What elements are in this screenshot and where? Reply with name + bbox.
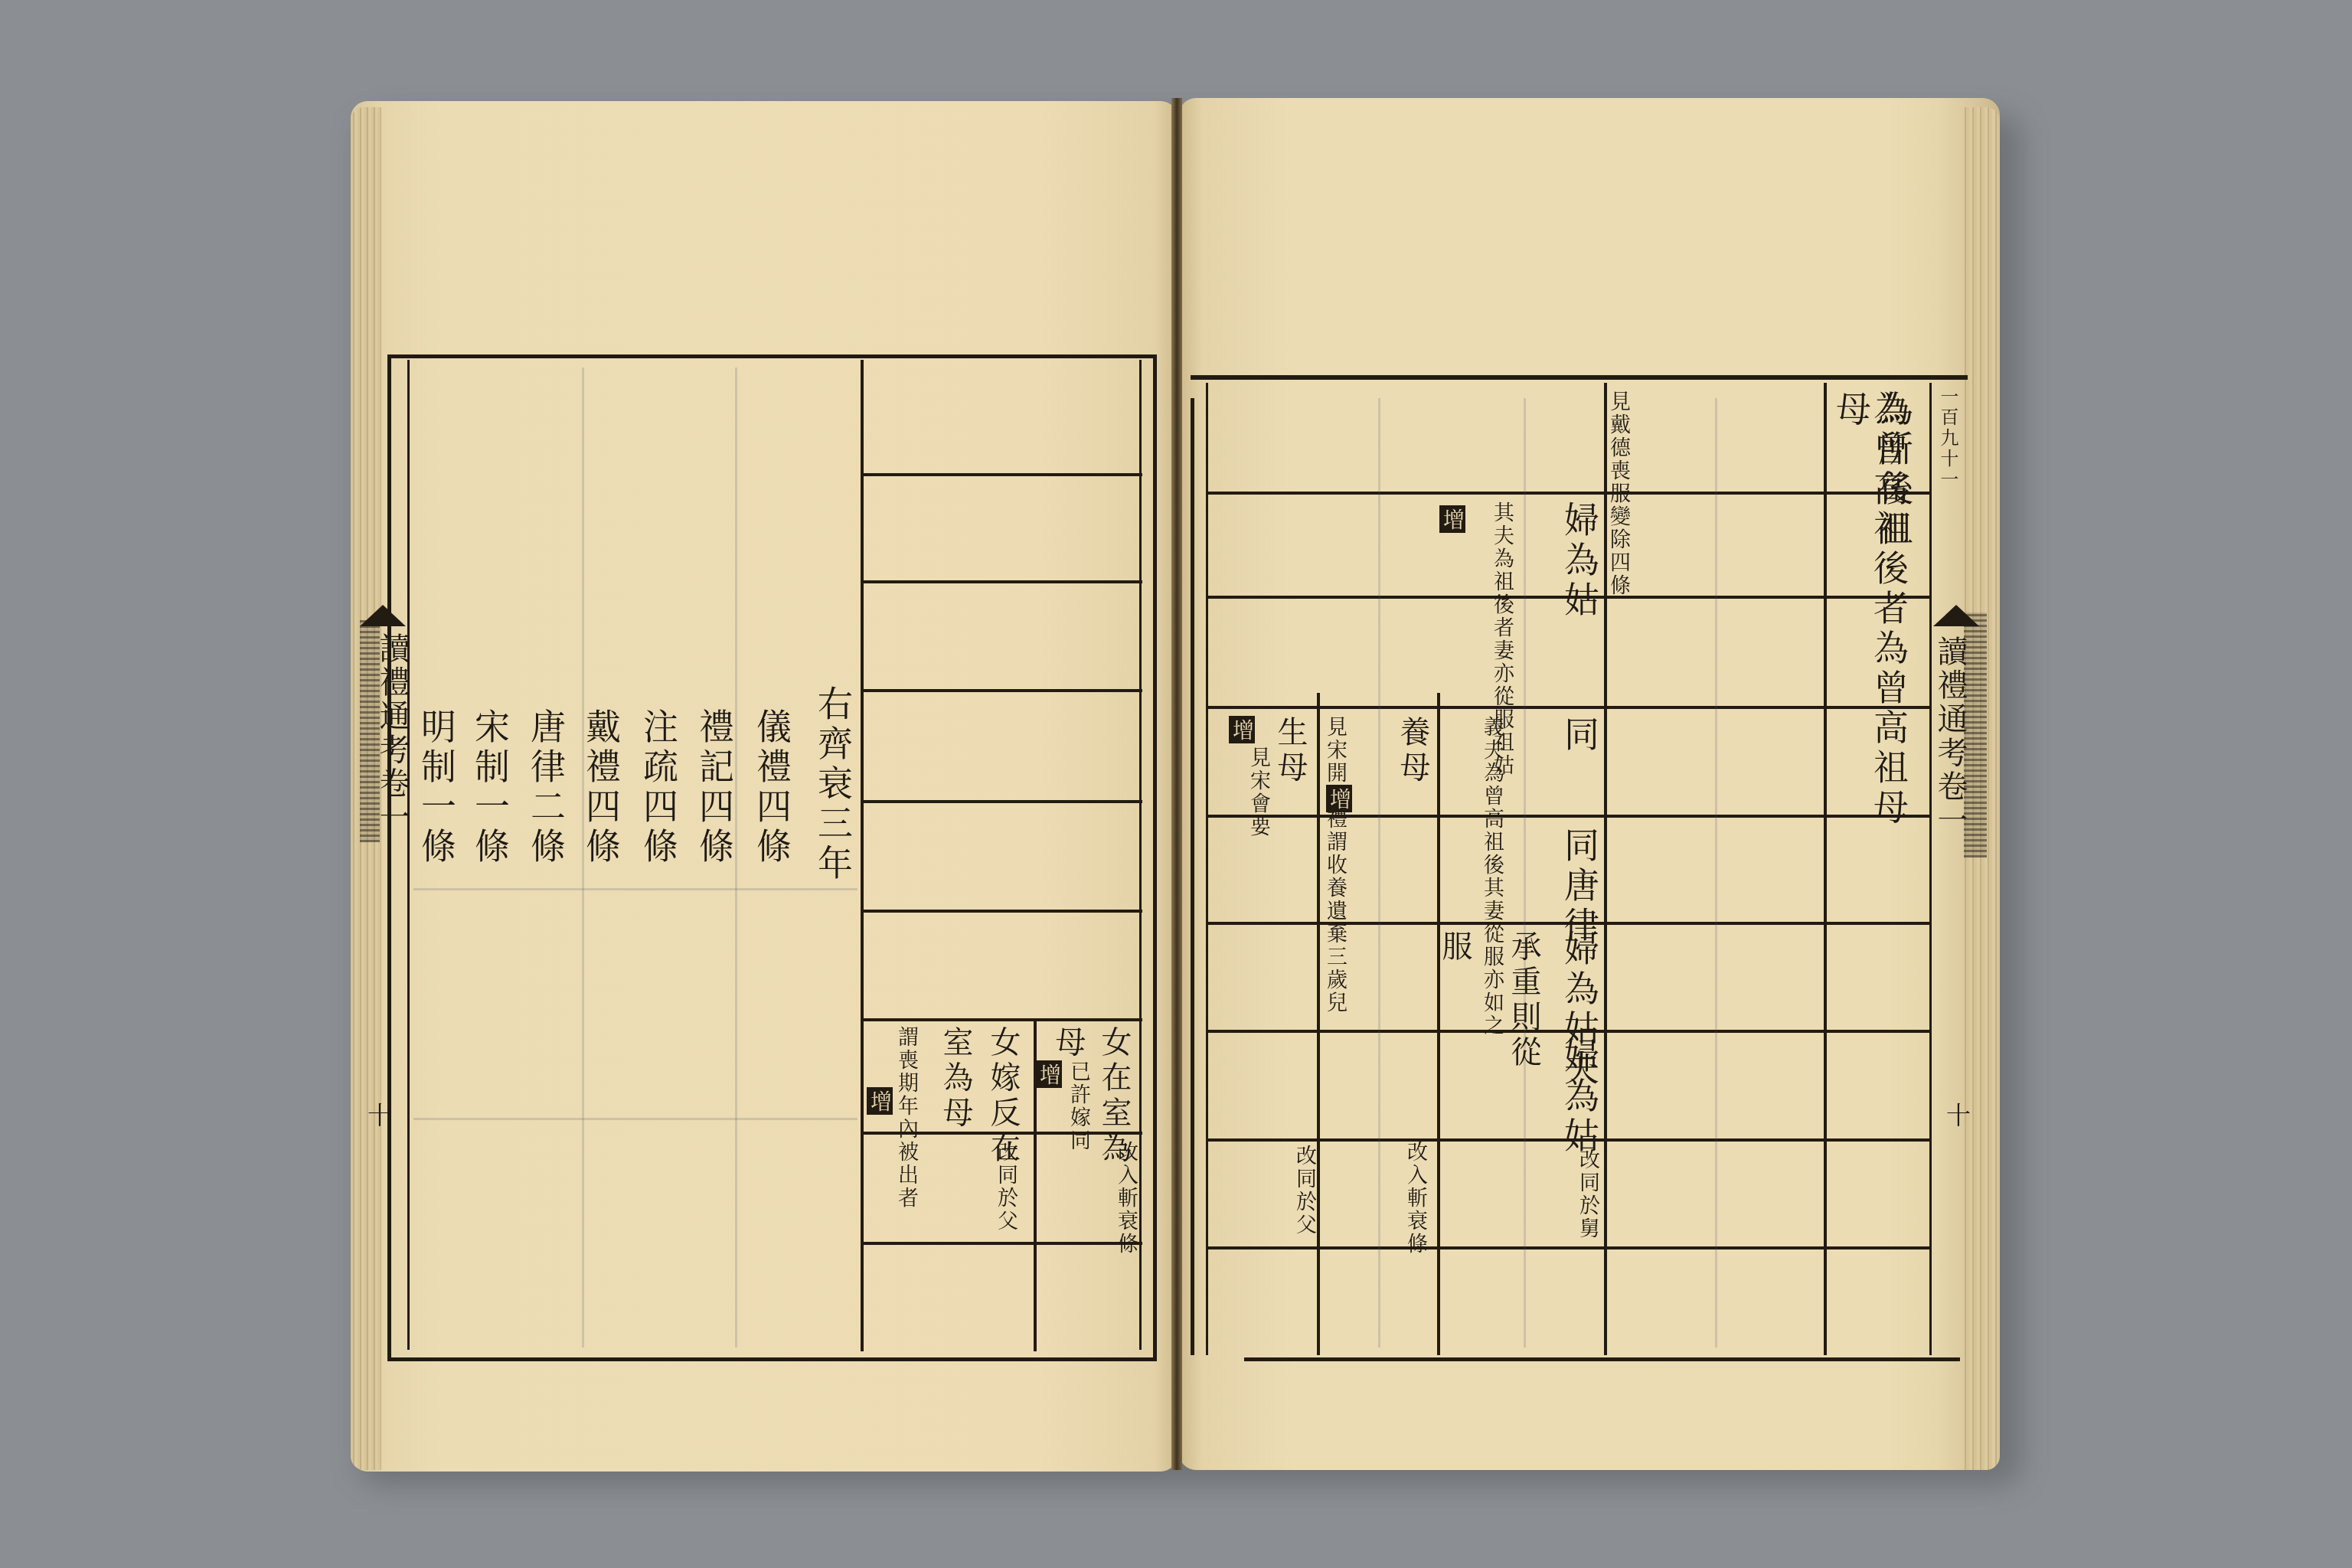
right-inner-left-border (1206, 383, 1208, 1355)
left-grid-row-3 (861, 689, 1142, 692)
note-gairu-zhancui: 改入斬衰條 (1116, 1141, 1136, 1256)
zeng-stamp: 增 (1326, 785, 1352, 812)
fish-tail-mark (1933, 605, 1979, 626)
note-gairu-zhancui: 改入斬衰條 (1405, 1141, 1426, 1256)
bleed-through-line (1524, 398, 1526, 1347)
left-grid-row-5 (861, 910, 1142, 913)
summary-item-yili: 儀禮四條 (754, 708, 789, 867)
cell-fu-wei-gu: 婦為姑 (1562, 501, 1597, 621)
right-edge-column-line (1929, 383, 1932, 1355)
right-grid-row-8 (1208, 1246, 1931, 1249)
left-grid-row-2 (861, 580, 1142, 583)
left-spine-strip: 讀禮通考卷一 (360, 605, 406, 857)
right-bottom-border (1244, 1357, 1960, 1361)
note-gaitong-yujiu: 改同於舅 (1577, 1148, 1598, 1240)
cell-note-yifu: 義夫為曾高祖後其妻從服亦如之 (1481, 716, 1502, 812)
bleed-through-line (413, 1118, 857, 1120)
bleed-through-line (413, 888, 857, 890)
cell-note-chengzhong: 承重則從 (1508, 930, 1539, 1071)
cell-shi-weimu: 室為母 (940, 1026, 971, 1132)
summary-heading: 右齊衰三年 (815, 685, 851, 884)
right-fold-mark: 十 (1945, 1102, 1969, 1130)
fish-tail-mark (360, 605, 406, 626)
right-grid-vline-1 (1824, 383, 1827, 1355)
cell-note-jian-daide: 見戴德喪服變除四條 (1608, 390, 1628, 498)
right-spine-title: 讀禮通考卷一 (1935, 635, 1965, 838)
cell-note-sangqi: 謂喪期年內被出者 (896, 1026, 916, 1133)
summary-item-daili: 戴禮四條 (583, 708, 619, 867)
cell-note-yixujia: 已許嫁同 (1068, 1060, 1089, 1152)
folio-number: 一百九十一 (1939, 387, 1957, 490)
cell-fu-wei-gu-2: 婦為姑 (1562, 1037, 1597, 1157)
note-gaitong-yufu: 改同於父 (995, 1141, 1016, 1233)
cell-mu: 母 (1053, 1026, 1083, 1061)
summary-item-tanglv: 唐律二條 (528, 708, 563, 867)
book-gutter (1171, 98, 1182, 1470)
right-grid-vline-3 (1437, 693, 1440, 1355)
zeng-stamp: 增 (1229, 716, 1255, 743)
right-grid-vline-4 (1317, 693, 1320, 1355)
cell-yangmu: 養母 (1397, 716, 1428, 786)
summary-item-songzhi: 宋制一條 (472, 708, 508, 867)
zeng-stamp: 增 (1036, 1060, 1062, 1088)
summary-item-liji: 禮記四條 (697, 708, 732, 867)
bleed-through-line (735, 367, 737, 1347)
summary-item-mingzhi: 明制一條 (419, 708, 454, 867)
zeng-stamp: 增 (1439, 505, 1465, 533)
right-left-border (1191, 398, 1194, 1355)
left-grid-divider (861, 360, 864, 1351)
left-outer-right-border (1139, 360, 1142, 1350)
cell-note-huiyao: 見宋會要 (1248, 746, 1269, 838)
left-grid-row-8 (861, 1242, 1142, 1245)
left-grid-row-1 (861, 473, 1142, 476)
right-grid-row-3 (1208, 706, 1931, 709)
cell-note-qifu: 其夫為祖後者妻亦從服祖姑 (1491, 501, 1512, 597)
left-grid-row-4 (861, 800, 1142, 803)
zeng-stamp: 增 (867, 1087, 893, 1115)
summary-item-zhushu: 注疏四條 (641, 708, 676, 867)
right-top-border (1191, 375, 1968, 380)
right-grid-row-1 (1208, 492, 1931, 495)
cell-fu: 服 (1439, 930, 1470, 965)
cell-shengmu: 生母 (1275, 716, 1305, 786)
left-inner-border (407, 360, 410, 1350)
cell-tong: 同 (1562, 716, 1597, 756)
left-grid-row-6 (861, 1018, 1142, 1021)
cell-tong-tanglv: 同唐律 (1562, 827, 1597, 946)
right-grid-row-4 (1208, 815, 1931, 818)
cell-wei-zenggaozu: 為曾高祖後者為曾高祖母 (1761, 390, 1906, 490)
bleed-through-line (1715, 398, 1717, 1347)
bleed-through-line (1378, 398, 1380, 1347)
left-spine-title: 讀禮通考卷一 (377, 632, 407, 835)
left-fold-mark: 十 (366, 1102, 390, 1130)
right-spine-strip: 讀禮通考卷一 (1933, 605, 1987, 857)
note-gaitong-yufu: 改同於父 (1294, 1145, 1315, 1236)
